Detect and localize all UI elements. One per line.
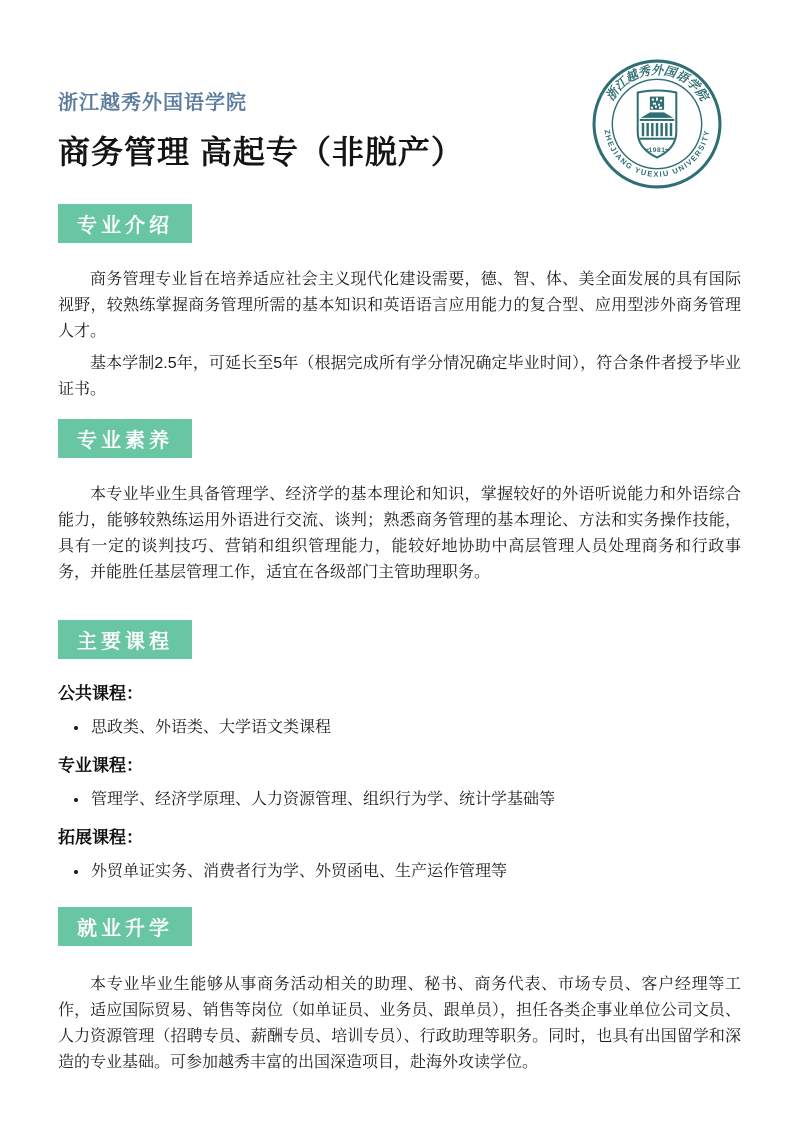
intro-paragraph-1: 商务管理专业旨在培养适应社会主义现代化建设需要，德、智、体、美全面发展的具有国际… — [58, 267, 741, 345]
section-heading-intro: 专业介绍 — [58, 204, 192, 243]
course-list-public: 思政类、外语类、大学语文类课程 — [58, 717, 741, 739]
course-list-major: 管理学、经济学原理、人力资源管理、组织行为学、统计学基础等 — [58, 789, 741, 811]
intro-paragraph-2: 基本学制2.5年，可延长至5年（根据完成所有学分情况确定毕业时间），符合条件者授… — [58, 351, 741, 403]
quality-paragraph: 本专业毕业生具备管理学、经济学的基本理论和知识，掌握较好的外语听说能力和外语综合… — [58, 482, 741, 586]
career-paragraph: 本专业毕业生能够从事商务活动相关的助理、秘书、商务代表、市场专员、客户经理等工作… — [58, 972, 741, 1076]
seal-year: 1981 — [648, 147, 665, 154]
course-group-label-major: 专业课程： — [58, 755, 741, 777]
section-career: 就业升学 本专业毕业生能够从事商务活动相关的助理、秘书、商务代表、市场专员、客户… — [58, 907, 741, 1076]
section-heading-career: 就业升学 — [58, 907, 192, 946]
university-seal-icon: 浙江越秀外国语学院 ZHEJIANG YUEXIU UNIVERSITY — [591, 58, 723, 190]
program-title: 商务管理 高起专（非脱产） — [58, 127, 464, 173]
seal-shield: 1981 — [638, 90, 677, 157]
course-group-label-public: 公共课程： — [58, 683, 741, 705]
header-text: 浙江越秀外国语学院 商务管理 高起专（非脱产） — [58, 58, 464, 173]
page-header: 浙江越秀外国语学院 商务管理 高起专（非脱产） 浙江越秀外国语学院 ZHEJIA… — [58, 0, 741, 190]
section-intro: 专业介绍 商务管理专业旨在培养适应社会主义现代化建设需要，德、智、体、美全面发展… — [58, 204, 741, 403]
course-group-label-extension: 拓展课程： — [58, 827, 741, 849]
section-heading-courses: 主要课程 — [58, 620, 192, 659]
course-item: 思政类、外语类、大学语文类课程 — [89, 717, 741, 739]
university-seal-logo: 浙江越秀外国语学院 ZHEJIANG YUEXIU UNIVERSITY — [591, 58, 723, 190]
course-item: 管理学、经济学原理、人力资源管理、组织行为学、统计学基础等 — [89, 789, 741, 811]
course-list-extension: 外贸单证实务、消费者行为学、外贸函电、生产运作管理等 — [58, 861, 741, 883]
section-quality: 专业素养 本专业毕业生具备管理学、经济学的基本理论和知识，掌握较好的外语听说能力… — [58, 419, 741, 586]
section-heading-quality: 专业素养 — [58, 419, 192, 458]
document-page: 浙江越秀外国语学院 商务管理 高起专（非脱产） 浙江越秀外国语学院 ZHEJIA… — [0, 0, 799, 1076]
university-name: 浙江越秀外国语学院 — [58, 86, 464, 115]
course-item: 外贸单证实务、消费者行为学、外贸函电、生产运作管理等 — [89, 861, 741, 883]
section-courses: 主要课程 公共课程： 思政类、外语类、大学语文类课程 专业课程： 管理学、经济学… — [58, 620, 741, 883]
qr-code-icon — [650, 97, 664, 110]
